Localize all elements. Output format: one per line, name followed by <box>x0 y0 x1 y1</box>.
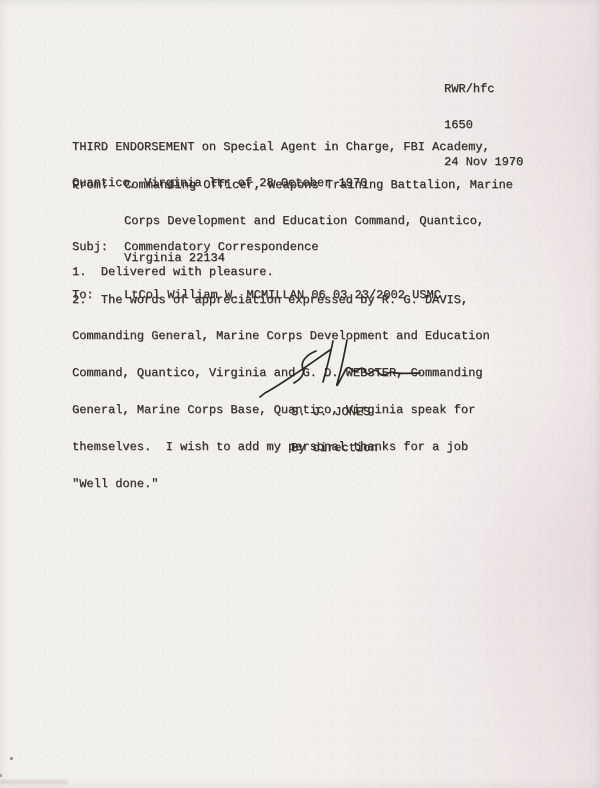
from-text-line: Commanding Officer, Weapons Training Bat… <box>124 178 513 192</box>
signature-typed-name: S. J. JONES <box>291 406 377 418</box>
paragraph-2-line: "Well done." <box>72 478 490 490</box>
from-row: From:Commanding Officer, Weapons Trainin… <box>72 179 513 191</box>
scan-speck <box>10 757 13 760</box>
scan-smudge <box>0 780 68 784</box>
reference-initials: RWR/hfc <box>444 83 523 95</box>
scan-speck <box>0 774 2 777</box>
signature-block: S. J. JONES By direction <box>291 381 377 479</box>
paragraph-2-line: General, Marine Corps Base, Quantico, Vi… <box>72 404 490 416</box>
from-label: From: <box>72 179 124 191</box>
document-page: RWR/hfc 1650 24 Nov 1970 THIRD ENDORSEME… <box>0 0 600 788</box>
paragraph-2-line: 2. The words of appreciation expressed b… <box>72 294 490 306</box>
paragraph-2-line: themselves. I wish to add my personal th… <box>72 441 490 453</box>
signature-byline: By direction <box>291 442 377 454</box>
title-line: THIRD ENDORSEMENT on Special Agent in Ch… <box>72 141 490 153</box>
